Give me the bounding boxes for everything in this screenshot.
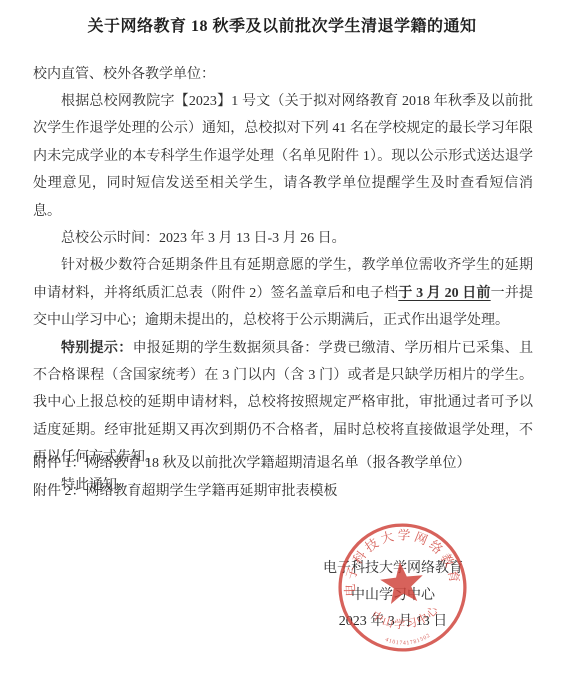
signature-date: 2023 年 3 月 13 日 <box>308 609 478 636</box>
page-title: 关于网络教育 18 秋季及以前批次学生清退学籍的通知 <box>0 13 564 36</box>
notice-body: 根据总校网教院字【2023】1 号文（关于拟对网络教育 2018 年秋季及以前批… <box>33 88 533 499</box>
notice-document: 关于网络教育 18 秋季及以前批次学生清退学籍的通知 校内直管、校外各教学单位：… <box>0 0 564 681</box>
signature-org: 电子科技大学网络教育 <box>308 556 478 583</box>
attachments-list: 附件 1：网络教育 18 秋及以前批次学籍超期清退名单（报各教学单位） 附件 2… <box>33 450 543 505</box>
signature-block: 电子科技大学网络教育 中山学习中心 2023 年 3 月 13 日 <box>308 556 478 636</box>
attachment-2: 附件 2：网络教育超期学生学籍再延期审批表模板 <box>33 478 543 506</box>
signature-center: 中山学习中心 <box>308 583 478 610</box>
salutation: 校内直管、校外各教学单位： <box>33 64 533 86</box>
paragraph-basis: 根据总校网教院字【2023】1 号文（关于拟对网络教育 2018 年秋季及以前批… <box>33 88 533 225</box>
paragraph-extension: 针对极少数符合延期条件且有延期意愿的学生，教学单位需收齐学生的延期申请材料，并将… <box>33 252 533 334</box>
paragraph-publicity-period: 总校公示时间：2023 年 3 月 13 日-3 月 26 日。 <box>33 225 533 252</box>
deadline-emphasis: 于 3 月 20 日前 <box>398 286 490 301</box>
special-note-text: 申报延期的学生数据须具备：学费已缴清、学历相片已采集、且不合格课程（含国家统考）… <box>33 341 533 466</box>
attachment-1: 附件 1：网络教育 18 秋及以前批次学籍超期清退名单（报各教学单位） <box>33 450 543 478</box>
special-note-label: 特别提示： <box>61 341 133 356</box>
